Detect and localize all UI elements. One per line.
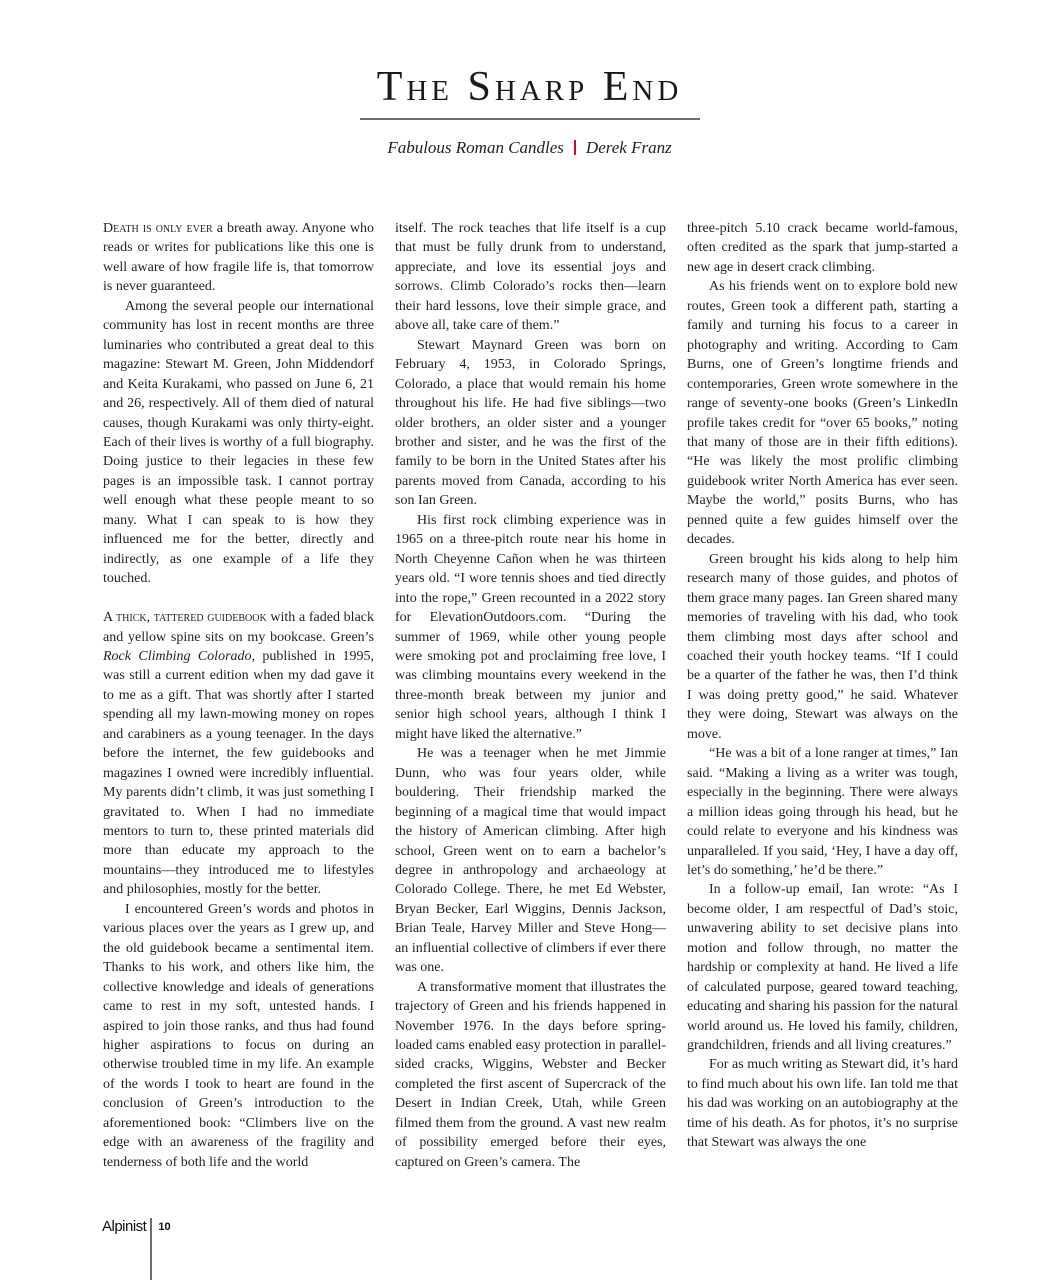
paragraph: I encountered Green’s words and photos i… [103,900,374,1172]
article-header: The Sharp End Fabulous Roman CandlesDere… [0,66,1059,158]
paragraph: Green brought his kids along to help him… [687,550,958,745]
paragraph: Death is only ever a breath away. Anyone… [103,219,374,297]
author-name: Derek Franz [586,138,672,157]
paragraph: three-pitch 5.10 crack became world-famo… [687,219,958,277]
article-title: Fabulous Roman Candles [387,138,564,157]
paragraph: His first rock climbing experience was i… [395,511,666,744]
column-1: Death is only ever a breath away. Anyone… [103,219,374,1172]
magazine-logo: Alpinist [102,1218,146,1235]
lead-in: A thick, tattered guidebook [103,610,267,625]
byline: Fabulous Roman CandlesDerek Franz [0,138,1059,158]
lead-in: Death is only ever [103,221,213,236]
section-paragraph: A thick, tattered guidebook with a faded… [103,608,374,900]
paragraph: He was a teenager when he met Jimmie Dun… [395,744,666,977]
paragraph: itself. The rock teaches that life itsel… [395,219,666,336]
column-3: three-pitch 5.10 crack became world-famo… [687,219,958,1172]
column-2: itself. The rock teaches that life itsel… [395,219,666,1172]
title-divider [360,118,700,120]
paragraph: Stewart Maynard Green was born on Februa… [395,336,666,511]
paragraph: A transformative moment that illustrates… [395,978,666,1173]
paragraph: “He was a bit of a lone ranger at times,… [687,744,958,880]
paragraph: As his friends went on to explore bold n… [687,277,958,549]
folio-divider [150,1218,152,1280]
paragraph: Among the several people our internation… [103,297,374,589]
paragraph: In a follow-up email, Ian wrote: “As I b… [687,880,958,1055]
department-title: The Sharp End [377,66,683,108]
page-number: 10 [158,1221,170,1233]
paragraph: For as much writing as Stewart did, it’s… [687,1055,958,1152]
page-footer: Alpinist 10 [102,1218,171,1280]
article-body: Death is only ever a breath away. Anyone… [103,219,958,1172]
byline-separator [574,140,576,155]
book-title: Rock Climbing Colorado, [103,649,255,664]
